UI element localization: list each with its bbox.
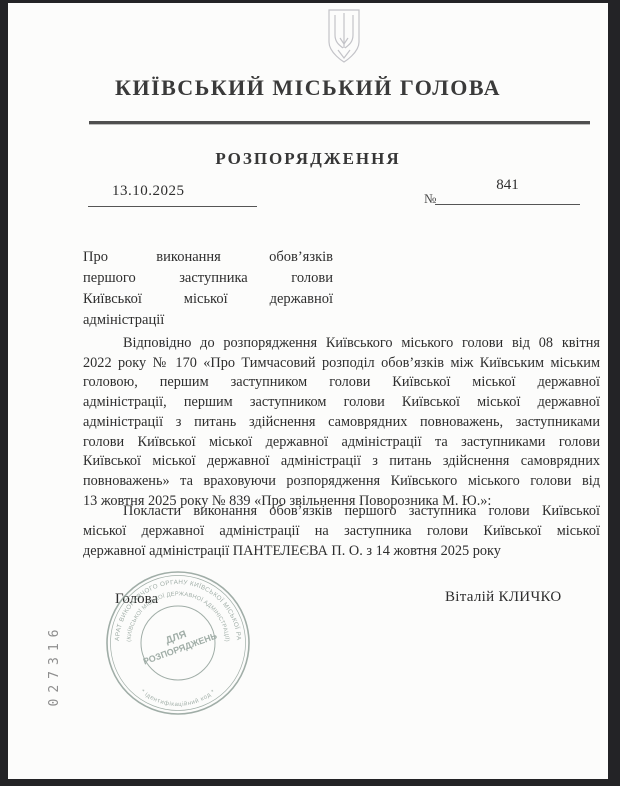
body-paragraph-2: Покласти виконання обов’язків першого за…	[83, 501, 600, 561]
body-line: адміністрації з питань здійснення самовр…	[83, 413, 600, 433]
header-rule	[89, 121, 590, 124]
subject-line: Про виконання обов’язків	[83, 247, 333, 268]
subject-line: адміністрації	[83, 310, 333, 331]
subject-line: першого заступника голови	[83, 268, 333, 289]
org-title: КИЇВСЬКИЙ МІСЬКИЙ ГОЛОВА	[48, 75, 568, 101]
subject-block: Про виконання обов’язків першого заступн…	[83, 247, 333, 331]
signature-name: Віталій КЛИЧКО	[445, 589, 562, 606]
body-line: Відповідно до розпорядження Київського м…	[83, 334, 600, 354]
subject-line: Київської міської державної	[83, 289, 333, 310]
body-line: 2022 року № 170 «Про Тимчасовий розподіл…	[83, 354, 600, 374]
date-field: 13.10.2025	[88, 183, 257, 207]
round-stamp: АПАРАТ ВИКОНАВЧОГО ОРГАНУ КИЇВСЬКОЇ МІСЬ…	[98, 563, 258, 723]
body-line: голови Київської міської державної адмін…	[83, 433, 600, 453]
body-line: повноважень» та враховуючи розпорядження…	[83, 472, 600, 492]
tryzub-emblem-icon	[322, 8, 366, 66]
body-line: адміністрації, першим заступником голови…	[83, 393, 600, 413]
body-line: Покласти виконання обов’язків першого за…	[83, 501, 600, 521]
body-paragraph-1: Відповідно до розпорядження Київського м…	[83, 334, 600, 511]
body-line: державної адміністрації ПАНТЕЛЕЄВА П. О.…	[83, 541, 600, 561]
registration-number-stamp: 027316	[47, 609, 65, 721]
doc-type-title: РОЗПОРЯДЖЕННЯ	[48, 149, 568, 169]
document-page: КИЇВСЬКИЙ МІСЬКИЙ ГОЛОВА РОЗПОРЯДЖЕННЯ 1…	[8, 3, 608, 779]
body-line: Київської міської державної адміністраці…	[83, 452, 600, 472]
number-field: 841	[435, 177, 580, 205]
body-line: міської державної адміністрації на засту…	[83, 521, 600, 541]
body-line: головою, першим заступником голови Київс…	[83, 373, 600, 393]
scan-frame: КИЇВСЬКИЙ МІСЬКИЙ ГОЛОВА РОЗПОРЯДЖЕННЯ 1…	[0, 0, 620, 786]
